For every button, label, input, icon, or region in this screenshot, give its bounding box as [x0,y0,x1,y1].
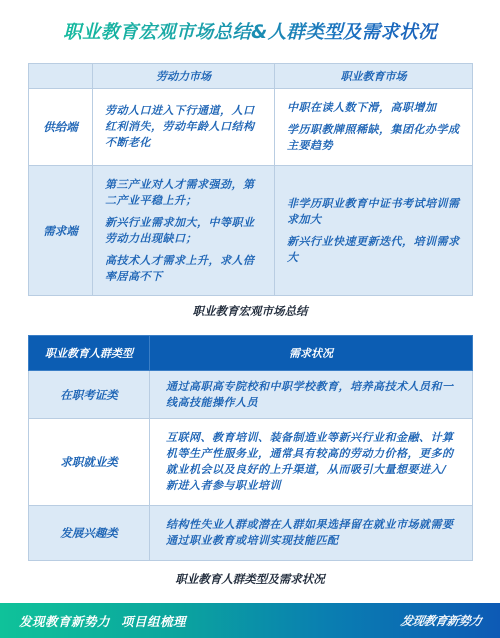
header-vocational-market: 职业教育市场 [275,64,473,89]
table-row-supply: 供给端 劳动人口进入下行通道，人口红利消失，劳动年龄人口结构不断老化 中职在读人… [29,89,473,166]
row-label-supply: 供给端 [29,89,93,166]
brand-logo: 发现教育新势力 [400,612,484,629]
table-row: 求职就业类 互联网、教育培训、装备制造业等新兴行业和金融、计算机等生产性服务业，… [29,419,473,506]
population-table-caption: 职业教育人群类型及需求状况 [0,571,500,587]
cell-text: 高技术人才需求上升，求人倍率居高不下 [105,253,262,285]
footer-brand: 发现教育新势力 [19,614,110,629]
table-row-demand: 需求端 第三产业对人才需求强劲，第二产业平稳上升； 新兴行业需求加大，中等职业劳… [29,166,473,296]
footer-source: 发现教育新势力项目组梳理 [19,612,186,630]
market-table-caption: 职业教育宏观市场总结 [0,303,500,319]
demand-labor-cell: 第三产业对人才需求强劲，第二产业平稳上升； 新兴行业需求加大，中等职业劳动力出现… [93,166,275,296]
demand-text: 互联网、教育培训、装备制造业等新兴行业和金融、计算机等生产性服务业，通常具有较高… [150,419,473,506]
footer-banner: 发现教育新势力项目组梳理 发现教育新势力 [0,603,500,638]
cell-text: 学历职教牌照稀缺，集团化办学成主要趋势 [287,122,460,154]
footer-subtitle: 项目组梳理 [121,614,186,629]
page-title: 职业教育宏观市场总结&人群类型及需求状况 [0,18,500,44]
header-population-type: 职业教育人群类型 [29,336,150,371]
corner-header [29,64,93,89]
cell-text: 劳动人口进入下行通道，人口红利消失，劳动年龄人口结构不断老化 [105,103,262,151]
table-row: 在职考证类 通过高职高专院校和中职学校教育，培养高技术人员和一线高技能操作人员 [29,371,473,419]
table-header-row: 劳动力市场 职业教育市场 [29,64,473,89]
header-demand-status: 需求状况 [150,336,473,371]
population-type-label: 在职考证类 [29,371,150,419]
cell-text: 新兴行业需求加大，中等职业劳动力出现缺口； [105,215,262,247]
cell-text: 中职在读人数下滑，高职增加 [287,100,460,116]
cell-text: 第三产业对人才需求强劲，第二产业平稳上升； [105,177,262,209]
table-row: 发展兴趣类 结构性失业人群或潜在人群如果选择留在就业市场就需要通过职业教育或培训… [29,506,473,561]
demand-text: 通过高职高专院校和中职学校教育，培养高技术人员和一线高技能操作人员 [150,371,473,419]
population-types-table: 职业教育人群类型 需求状况 在职考证类 通过高职高专院校和中职学校教育，培养高技… [28,335,473,561]
population-type-label: 求职就业类 [29,419,150,506]
demand-text: 结构性失业人群或潜在人群如果选择留在就业市场就需要通过职业教育或培训实现技能匹配 [150,506,473,561]
row-label-demand: 需求端 [29,166,93,296]
demand-vocational-cell: 非学历职业教育中证书考试培训需求加大 新兴行业快速更新迭代，培训需求大 [275,166,473,296]
cell-text: 非学历职业教育中证书考试培训需求加大 [287,196,460,228]
table-header-row: 职业教育人群类型 需求状况 [29,336,473,371]
supply-labor-cell: 劳动人口进入下行通道，人口红利消失，劳动年龄人口结构不断老化 [93,89,275,166]
market-summary-table: 劳动力市场 职业教育市场 供给端 劳动人口进入下行通道，人口红利消失，劳动年龄人… [28,63,473,296]
cell-text: 新兴行业快速更新迭代，培训需求大 [287,234,460,266]
supply-vocational-cell: 中职在读人数下滑，高职增加 学历职教牌照稀缺，集团化办学成主要趋势 [275,89,473,166]
header-labor-market: 劳动力市场 [93,64,275,89]
population-type-label: 发展兴趣类 [29,506,150,561]
